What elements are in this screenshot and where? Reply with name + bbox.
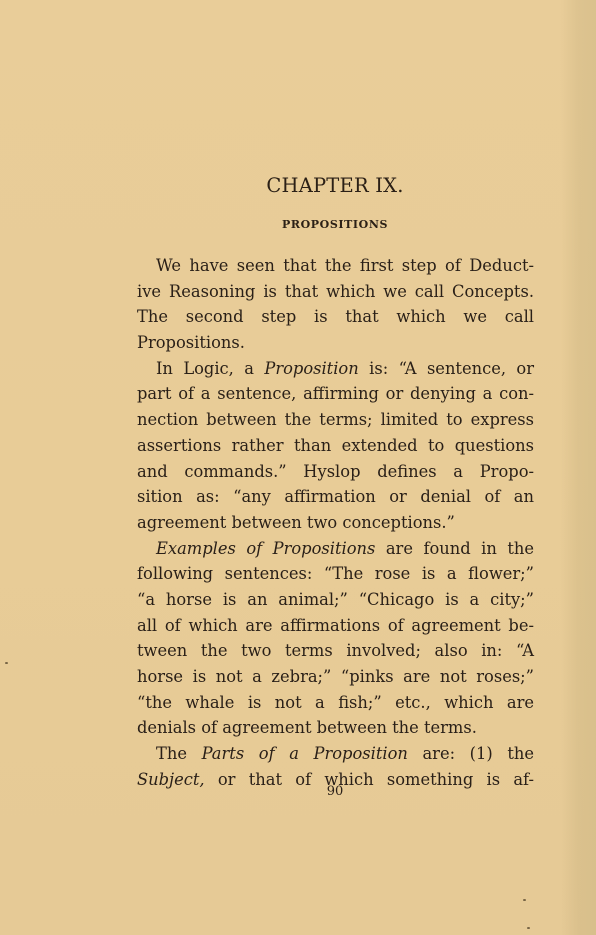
- term-parts-of-a-proposition: Parts of a Proposition: [202, 744, 408, 763]
- chapter-title: CHAPTER IX.: [0, 174, 596, 197]
- paper-speck: [523, 899, 526, 901]
- text-line: tween the two terms involved; also in: “…: [137, 638, 534, 664]
- paper-speck: [527, 927, 530, 929]
- text-line: sition as: “any affirmation or denial of…: [137, 484, 534, 510]
- text-line: following sentences: “The rose is a flow…: [137, 561, 534, 587]
- text-line: The Parts of a Proposition are: (1) the: [137, 741, 534, 767]
- body-text: We have seen that the first step of Dedu…: [137, 253, 534, 792]
- term-proposition: Proposition: [264, 359, 358, 378]
- text-line: all of which are affirmations of agreeme…: [137, 613, 534, 639]
- section-title: PROPOSITIONS: [0, 218, 596, 231]
- term-examples-of-propositions: Examples of Propositions: [156, 539, 375, 558]
- page-number: 90: [0, 784, 596, 799]
- text-line: nection between the terms; limited to ex…: [137, 407, 534, 433]
- text-line: Examples of Propositions are found in th…: [137, 536, 534, 562]
- text-line: horse is not a zebra;” “pinks are not ro…: [137, 664, 534, 690]
- text-line: denials of agreement between the terms.: [137, 715, 534, 741]
- paper-speck: [5, 662, 8, 664]
- text-line: assertions rather than extended to quest…: [137, 433, 534, 459]
- text-line: part of a sentence, affirming or denying…: [137, 381, 534, 407]
- text-line: and commands.” Hyslop defines a Propo-: [137, 459, 534, 485]
- text-line: ive Reasoning is that which we call Conc…: [137, 279, 534, 305]
- text-line: We have seen that the first step of Dedu…: [137, 253, 534, 279]
- text-line: The second step is that which we call: [137, 304, 534, 330]
- text-line: “a horse is an animal;” “Chicago is a ci…: [137, 587, 534, 613]
- book-page: CHAPTER IX. PROPOSITIONS We have seen th…: [0, 0, 596, 935]
- text-line: Propositions.: [137, 330, 534, 356]
- text-line: “the whale is not a fish;” etc., which a…: [137, 690, 534, 716]
- text-line: agreement between two conceptions.”: [137, 510, 534, 536]
- text-line: In Logic, a Proposition is: “A sentence,…: [137, 356, 534, 382]
